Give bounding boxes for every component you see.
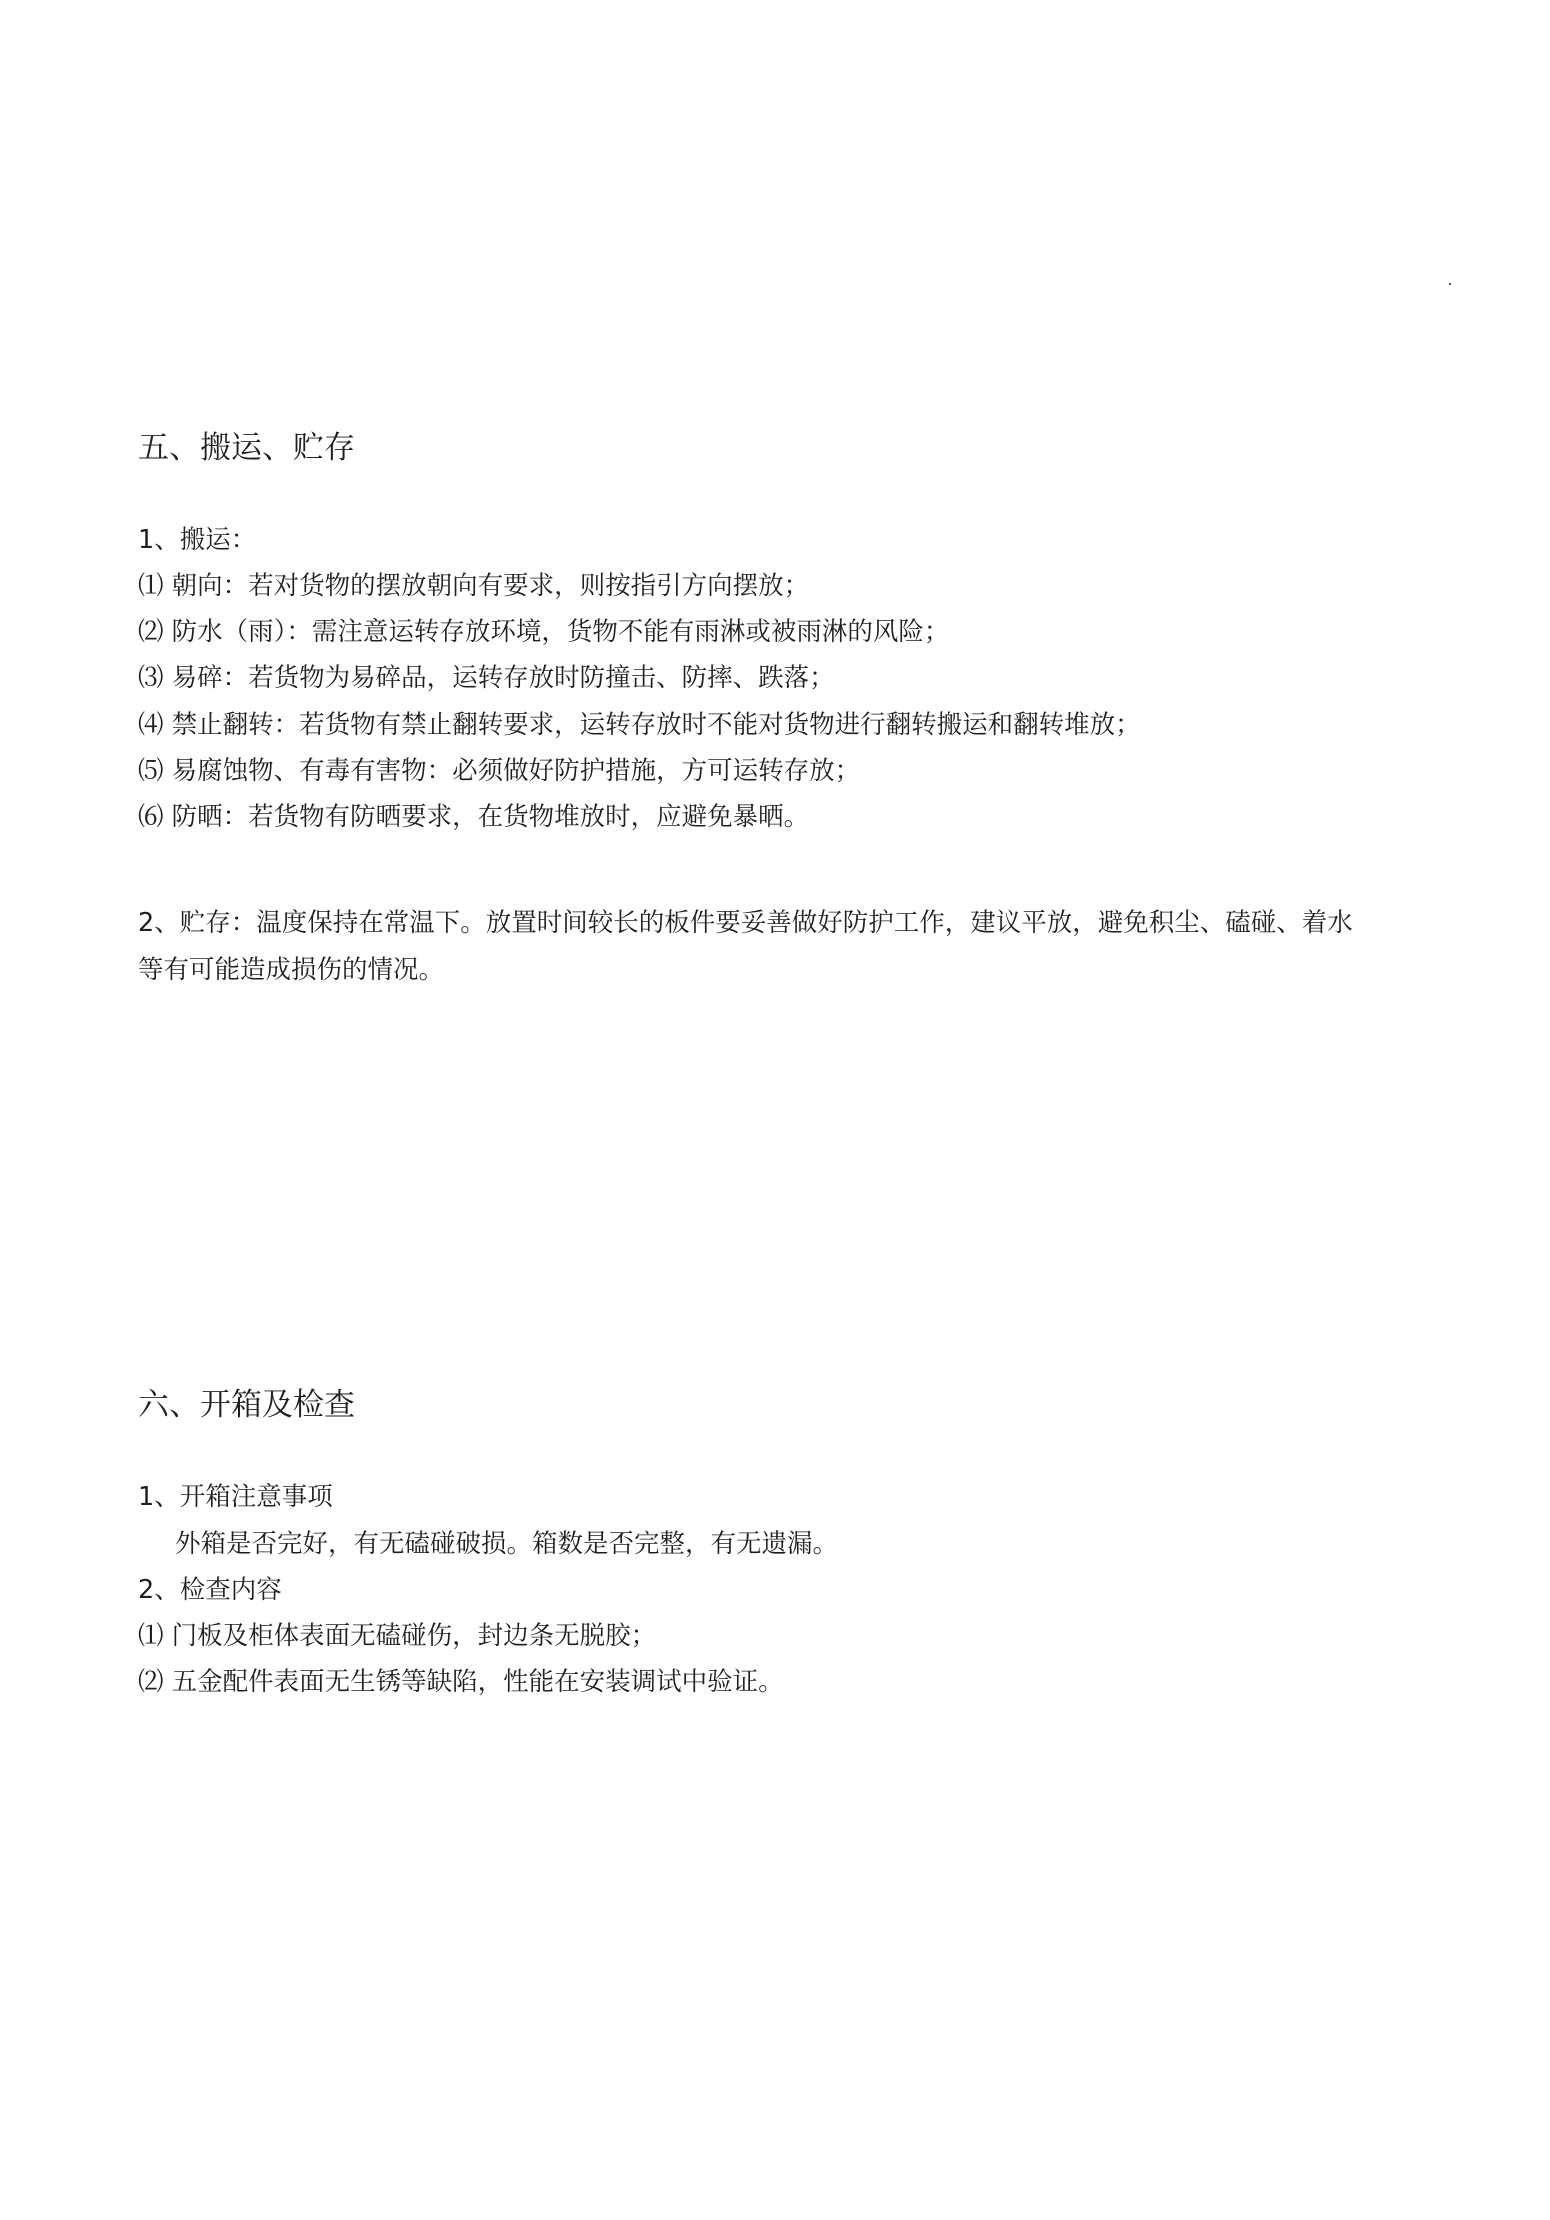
list-item: ⑹ 防晒：若货物有防晒要求，在货物堆放时，应避免暴晒。: [138, 800, 809, 834]
list-item: ⑴ 朝向：若对货物的摆放朝向有要求，则按指引方向摆放；: [138, 569, 809, 603]
storage-paragraph-line-2: 等有可能造成损伤的情况。: [138, 953, 444, 987]
list-item: ⑸ 易腐蚀物、有毒有害物：必须做好防护措施，方可运转存放；: [138, 754, 860, 788]
list-item: ⑶ 易碎：若货物为易碎品，运转存放时防撞击、防摔、跌落；: [138, 661, 835, 695]
list-item: ⑷ 禁止翻转：若货物有禁止翻转要求，运转存放时不能对货物进行翻转搬运和翻转堆放；: [138, 708, 1141, 742]
subheading-unpacking-notes: 1、开箱注意事项: [138, 1480, 333, 1514]
storage-paragraph-line-1: 2、贮存：温度保持在常温下。放置时间较长的板件要妥善做好防护工作，建议平放，避免…: [138, 906, 1353, 940]
page-mark: [1449, 283, 1451, 285]
subheading-inspection-content: 2、检查内容: [138, 1573, 282, 1607]
document-page: 五、搬运、贮存 1、搬运： ⑴ 朝向：若对货物的摆放朝向有要求，则按指引方向摆放…: [0, 0, 1550, 2220]
section-heading-unpacking-inspection: 六、开箱及检查: [138, 1385, 355, 1425]
section-heading-handling-storage: 五、搬运、贮存: [138, 428, 355, 468]
subheading-handling: 1、搬运：: [138, 523, 256, 557]
list-item: ⑵ 五金配件表面无生锈等缺陷，性能在安装调试中验证。: [138, 1665, 784, 1699]
list-item: ⑵ 防水（雨）：需注意运转存放环境，货物不能有雨淋或被雨淋的风险；: [138, 615, 949, 649]
unpacking-notes-body: 外箱是否完好，有无磕碰破损。箱数是否完整，有无遗漏。: [175, 1527, 838, 1561]
list-item: ⑴ 门板及柜体表面无磕碰伤，封边条无脱胶；: [138, 1619, 656, 1653]
